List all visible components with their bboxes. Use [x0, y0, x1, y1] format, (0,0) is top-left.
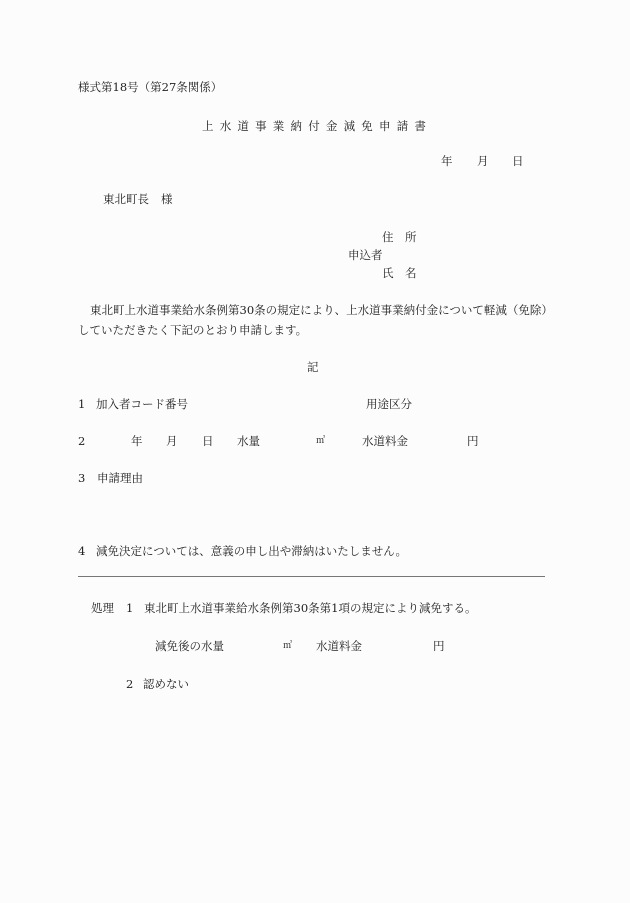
processing-label: 処理 — [91, 603, 114, 615]
usage-category-label: 用途区分 — [366, 399, 412, 411]
date-month-label: 月 — [477, 156, 489, 168]
option-2-text: 認めない — [143, 679, 189, 691]
item-number: 3 — [78, 473, 85, 485]
option-2-number: 2 — [126, 679, 133, 691]
date-year-label: 年 — [441, 156, 453, 168]
item-number: 2 — [78, 436, 85, 448]
name-label: 氏 名 — [382, 268, 417, 280]
addressee-honorific: 様 — [161, 194, 173, 206]
ki-heading: 記 — [307, 362, 319, 374]
option-1-text: 東北町上水道事業給水条例第30条第1項の規定により減免する。 — [144, 603, 476, 615]
water-volume-label: 水量 — [237, 436, 260, 448]
processing-yen-unit: 円 — [433, 641, 445, 653]
reduced-volume-label: 減免後の水量 — [155, 641, 224, 653]
addressee-name: 東北町長 — [103, 194, 149, 206]
processing-fee-label: 水道料金 — [316, 641, 362, 653]
paragraph-line-2: していただきたく下記のとおり申請します。 — [78, 320, 307, 340]
cubic-meter-unit: ㎥ — [283, 642, 292, 651]
item2-day-label: 日 — [202, 436, 214, 448]
yen-unit: 円 — [467, 436, 479, 448]
item2-month-label: 月 — [166, 436, 178, 448]
paragraph-line-1: 東北町上水道事業給水条例第30条の規定により、上水道事業納付金について軽減（免除… — [90, 300, 553, 320]
address-label: 住 所 — [382, 232, 417, 244]
document-title: 上水道事業納付金減免申請書 — [202, 121, 432, 133]
cubic-meter-unit: ㎥ — [316, 437, 325, 446]
declaration-text: 減免決定については、意義の申し出や滞納はいたしません。 — [96, 546, 407, 558]
application-reason-label: 申請理由 — [97, 473, 143, 485]
subscriber-code-label: 加入者コード番号 — [96, 399, 188, 411]
item-number: 1 — [78, 399, 85, 411]
item2-year-label: 年 — [131, 436, 143, 448]
section-divider — [78, 576, 545, 577]
date-day-label: 日 — [512, 156, 524, 168]
form-number: 様式第18号（第27条関係） — [78, 82, 222, 94]
option-1-number: 1 — [126, 603, 133, 615]
water-fee-label: 水道料金 — [362, 436, 408, 448]
applicant-label: 申込者 — [348, 250, 383, 262]
item-number: 4 — [78, 546, 85, 558]
